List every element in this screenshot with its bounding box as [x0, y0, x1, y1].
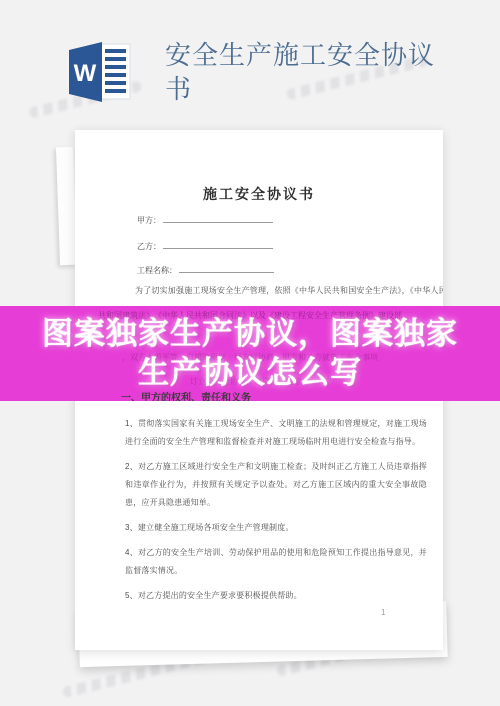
field-party-a-label: 甲方：: [137, 216, 161, 225]
blank-underline: [179, 264, 274, 273]
back-sheet-corner: [56, 147, 77, 266]
word-icon-letter: W: [74, 60, 97, 87]
section-heading: 一、甲方的权利、责任和义务: [121, 389, 251, 401]
field-party-b: 乙方：: [137, 240, 273, 252]
banner-headline-line1: 图案独家生产协议，图案独家: [0, 317, 500, 351]
promo-banner: 共和国建筑法》，《中华人民共和国合同法》以及《建设工程安全生产管理条例》建设部 …: [0, 306, 500, 401]
thumbnail-canvas: W 安全生产施工安全协议书 施工安全协议书 甲方： 乙方： 工程名称： 为了切实…: [0, 0, 500, 706]
word-file-icon: W: [66, 40, 134, 109]
page-number: 1: [381, 608, 385, 617]
blank-underline: [163, 214, 273, 223]
clause-1: 1、贯彻落实国家有关施工现场安全生产、文明施工的法规和管理规定，对施工现场进行全…: [125, 415, 427, 451]
document-body: 1、贯彻落实国家有关施工现场安全生产、文明施工的法规和管理规定，对施工现场进行全…: [125, 415, 427, 612]
banner-headline-line2: 生产协议怎么写: [0, 356, 500, 390]
field-project-name-label: 工程名称：: [137, 266, 177, 275]
intro-paragraph: 为了切实加强施工现场安全生产管理，依照《中华人民共和国安全生产法》，《中华人民: [135, 285, 443, 296]
field-party-a: 甲方：: [137, 214, 273, 226]
clause-5: 5、对乙方提出的安全生产要求要积极提供帮助。: [125, 587, 427, 605]
page-title: 安全生产施工安全协议书: [165, 38, 445, 106]
clause-3: 3、建立健全施工现场各项安全生产管理制度。: [125, 519, 427, 537]
field-party-b-label: 乙方：: [137, 242, 161, 251]
clause-4: 4、对乙方的安全生产培训、劳动保护用品的使用和危险预知工作提出指导意见，并监督落…: [125, 544, 427, 580]
field-project-name: 工程名称：: [137, 264, 274, 276]
clause-2: 2、对乙方施工区域进行安全生产和文明施工检查；及时纠正乙方施工人员违章指挥和违章…: [125, 458, 427, 512]
blank-underline: [163, 240, 273, 249]
word-icon-graphic: W: [66, 40, 134, 104]
document-title: 施工安全协议书: [75, 184, 443, 204]
